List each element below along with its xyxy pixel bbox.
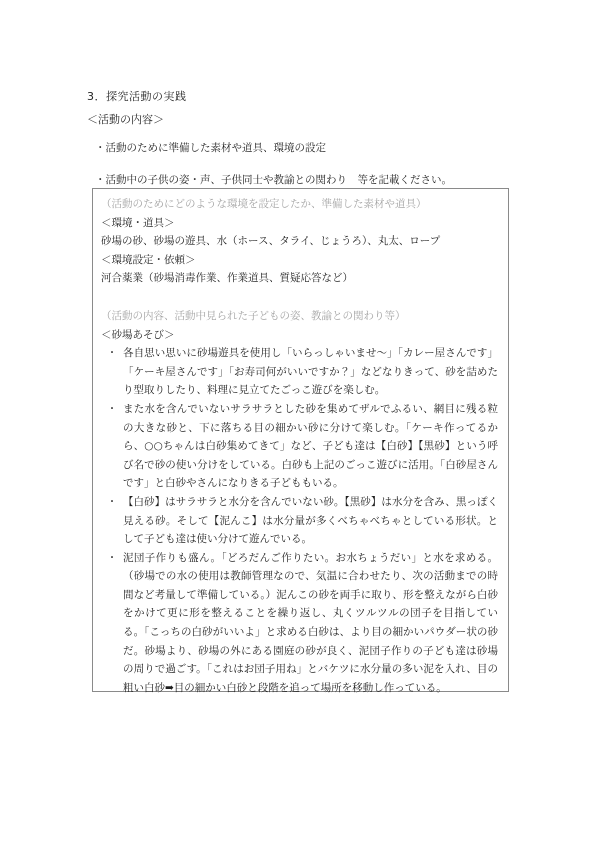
activity-hint: （活動の内容、活動中見られた子どもの姿、教諭との関わり等） xyxy=(101,307,498,326)
bullet-text-4: 泥団子作りも盛ん。「どろだんご作りたい。お水ちょうだい」と水を求める。（砂場での… xyxy=(123,549,498,698)
activity-bullet-list: ・ 各自思い思いに砂場遊具を使用し「いらっしゃいませ～」「カレー屋さんです」「ケ… xyxy=(101,344,498,697)
document-header: 3．探究活動の実践 ＜活動の内容＞ ・活動のために準備した素材や道具、環境の設定… xyxy=(87,91,517,202)
environment-hint: （活動のためにどのような環境を設定したか、準備した素材や道具） xyxy=(101,195,498,214)
list-item: ・ 【白砂】はサラサラと水分を含んでいない砂。【黒砂】は水分を含み、黒っぽく見え… xyxy=(101,493,498,549)
activity-section: （活動の内容、活動中見られた子どもの姿、教諭との関わり等） ＜砂場あそび＞ ・ … xyxy=(101,307,498,697)
list-item: ・ また水を含んでいないサラサラとした砂を集めてザルでふるい、網目に残る粒の大き… xyxy=(101,400,498,493)
environment-tools-line: 砂場の砂、砂場の遊具、水（ホース、タライ、じょうろ）、丸太、ロープ xyxy=(101,232,498,251)
environment-request-line: 河合薬業（砂場消毒作業、作業道具、質疑応答など） xyxy=(101,269,498,288)
activity-heading: ＜砂場あそび＞ xyxy=(101,326,498,345)
bullet-text-2: また水を含んでいないサラサラとした砂を集めてザルでふるい、網目に残る粒の大きな砂… xyxy=(123,400,498,493)
bullet-icon: ・ xyxy=(101,344,123,363)
document-page: 3．探究活動の実践 ＜活動の内容＞ ・活動のために準備した素材や道具、環境の設定… xyxy=(0,0,595,841)
environment-request-heading: ＜環境設定・依頼＞ xyxy=(101,251,498,270)
instruction-line-1: ・活動のために準備した素材や道具、環境の設定 xyxy=(95,138,517,159)
bullet-text-3: 【白砂】はサラサラと水分を含んでいない砂。【黒砂】は水分を含み、黒っぽく見える砂… xyxy=(123,493,498,549)
environment-section: （活動のためにどのような環境を設定したか、準備した素材や道具） ＜環境・道具＞ … xyxy=(101,195,498,288)
bullet-icon: ・ xyxy=(101,493,123,512)
activity-content-box: （活動のためにどのような環境を設定したか、準備した素材や道具） ＜環境・道具＞ … xyxy=(92,188,509,692)
list-item: ・ 泥団子作りも盛ん。「どろだんご作りたい。お水ちょうだい」と水を求める。（砂場… xyxy=(101,549,498,698)
page-title: 3．探究活動の実践 xyxy=(87,91,517,102)
bullet-icon: ・ xyxy=(101,400,123,419)
section-label-activity-content: ＜活動の内容＞ xyxy=(87,114,517,125)
environment-tools-heading: ＜環境・道具＞ xyxy=(101,214,498,233)
list-item: ・ 各自思い思いに砂場遊具を使用し「いらっしゃいませ～」「カレー屋さんです」「ケ… xyxy=(101,344,498,400)
bullet-icon: ・ xyxy=(101,549,123,568)
bullet-text-1: 各自思い思いに砂場遊具を使用し「いらっしゃいませ～」「カレー屋さんです」「ケーキ… xyxy=(123,344,498,400)
